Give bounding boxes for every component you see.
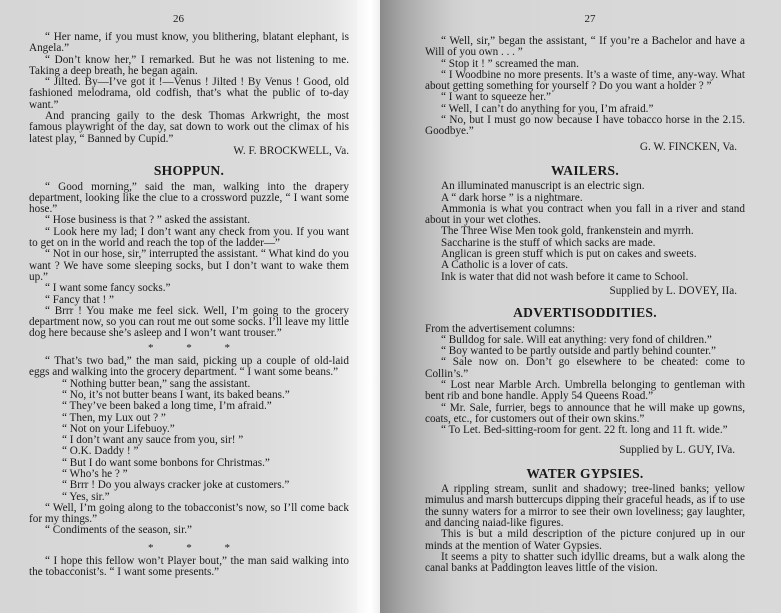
paragraph: “ No, but I must go now because I have t… [425, 115, 745, 138]
paragraph: “ I Woodbine no more presents. It’s a wa… [425, 70, 745, 93]
paragraph: “ Good morning,” said the man, walking i… [29, 182, 349, 216]
ad-item: “ Lost near Marble Arch. Umbrella belong… [425, 380, 745, 403]
author-signature: G. W. FINCKEN, Va. [425, 142, 745, 153]
section-separator: * * * [29, 343, 349, 354]
dialogue-line: “ O.K. Daddy ! ” [29, 446, 349, 457]
paragraph: “ Condiments of the season, sir.” [29, 525, 349, 536]
paragraph: “ Don’t know her,” I remarked. But he wa… [29, 55, 349, 78]
dialogue-line: “ They’ve been baked a long time, I’m af… [29, 401, 349, 412]
paragraph: “ I want some fancy socks.” [29, 283, 349, 294]
article-water-gypsies: WATER GYPSIES. A rippling stream, sunlit… [425, 468, 745, 575]
page-number: 26 [0, 13, 357, 25]
section-separator: * * * [29, 543, 349, 554]
left-page-text: “ Her name, if you must know, you blithe… [29, 32, 349, 579]
supplier-credit: Supplied by L. GUY, IVa. [425, 445, 745, 456]
list-item: Ammonia is what you contract when you fa… [425, 204, 745, 227]
paragraph: This is but a mild description of the pi… [425, 529, 745, 552]
article-title: SHOPPUN. [29, 165, 349, 176]
article-shoppun: SHOPPUN. “ Good morning,” said the man, … [29, 165, 349, 578]
ad-item: “ Mr. Sale, furrier, begs to announce th… [425, 403, 745, 426]
paragraph: “ Look here my lad; I don’t want any che… [29, 227, 349, 250]
dialogue-line: “ Brrr ! Do you always cracker joke at c… [29, 480, 349, 491]
paragraph: And prancing gaily to the desk Thomas Ar… [29, 111, 349, 145]
paragraph: “ I hope this fellow won’t Player bout,”… [29, 556, 349, 579]
article-title: WATER GYPSIES. [425, 468, 745, 479]
article-title: ADVERTISODDITIES. [425, 307, 745, 318]
paragraph: “ Brrr ! You make me feel sick. Well, I’… [29, 306, 349, 340]
paragraph: “ Jilted. By—I’ve got it !—Venus ! Jilte… [29, 77, 349, 111]
paragraph: “ Not in our hose, sir,” interrupted the… [29, 249, 349, 283]
article-wailers: WAILERS. An illuminated manuscript is an… [425, 165, 745, 297]
paragraph: A rippling stream, sunlit and shadowy; t… [425, 484, 745, 529]
author-signature: W. F. BROCKWELL, Va. [29, 146, 349, 157]
ad-item: “ Sale now on. Don’t go elsewhere to be … [425, 357, 745, 380]
list-item: Ink is water that did not wash before it… [425, 272, 745, 283]
article-advertisoddities: ADVERTISODDITIES. From the advertisement… [425, 307, 745, 456]
list-item: An illuminated manuscript is an electric… [425, 181, 745, 192]
paragraph: “ Her name, if you must know, you blithe… [29, 32, 349, 55]
supplier-credit: Supplied by L. DOVEY, IIa. [425, 286, 745, 297]
shoppun-continued: “ Well, sir,” began the assistant, “ If … [425, 36, 745, 153]
book-gutter [357, 0, 380, 613]
paragraph: “ That’s two bad,” the man said, picking… [29, 356, 349, 379]
ad-item: “ To Let. Bed-sitting-room for gent. 22 … [425, 425, 745, 436]
list-item: A Catholic is a lover of cats. [425, 260, 745, 271]
paragraph: “ Well, sir,” began the assistant, “ If … [425, 36, 745, 59]
paragraph: It seems a pity to shatter such idyllic … [425, 552, 745, 575]
article-title: WAILERS. [425, 165, 745, 176]
right-page-text: “ Well, sir,” began the assistant, “ If … [425, 36, 745, 574]
left-page: 26 “ Her name, if you must know, you bli… [0, 0, 357, 613]
book-spread: 26 “ Her name, if you must know, you bli… [0, 0, 781, 613]
story-ending: “ Her name, if you must know, you blithe… [29, 32, 349, 157]
paragraph: “ Well, I’m going along to the tobacconi… [29, 503, 349, 526]
right-page: 27 “ Well, sir,” began the assistant, “ … [380, 0, 781, 613]
page-number: 27 [380, 13, 781, 25]
